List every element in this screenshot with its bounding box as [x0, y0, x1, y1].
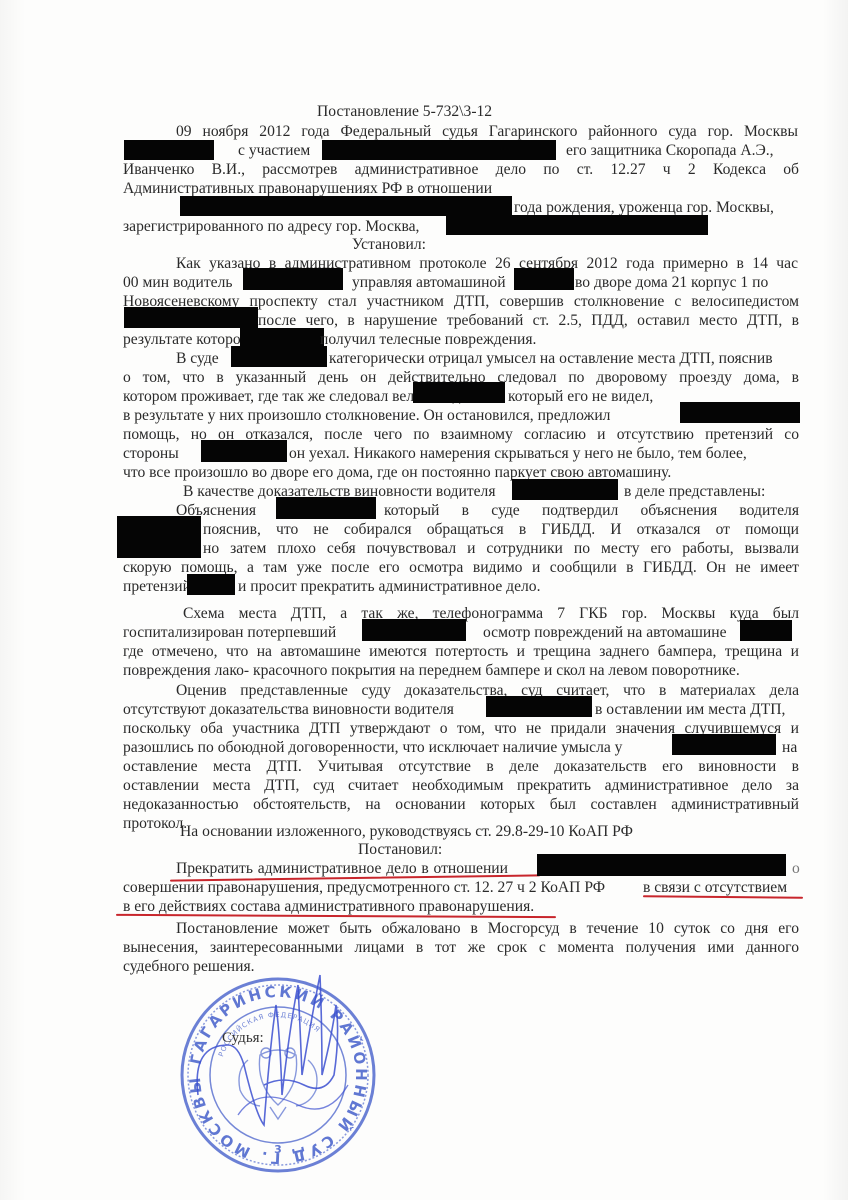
intro-line: зарегистрированного по адресу гор. Москв… — [123, 218, 419, 236]
paragraph-line: оставление места ДТП. Учитывая отсутстви… — [123, 758, 799, 776]
paragraph-line: категорически отрицал умысел на оставлен… — [329, 350, 773, 368]
paragraph-line: стороны — [123, 445, 179, 463]
ruling-line: совершении правонарушения, предусмотренн… — [123, 879, 605, 897]
paragraph-line: где отмечено, что на автомашине имеются … — [123, 643, 799, 661]
paragraph-line: получил телесные повреждения. — [320, 331, 536, 349]
ruling-line-underlined: в связи с отсутствием — [643, 879, 787, 897]
paragraph-line: который в суде подтвердил объяснения вод… — [384, 502, 799, 520]
paragraph-line: который его не видел, — [508, 388, 653, 406]
paragraph-line: и просит прекратить административное дел… — [238, 578, 541, 596]
paragraph-line: отсутствуют доказательства виновности во… — [123, 701, 454, 719]
redaction-box — [124, 307, 258, 328]
paragraph-line: вынесения, заинтересованными лицами в то… — [123, 939, 799, 957]
paragraph-line: Постановление может быть обжаловано в Мо… — [176, 920, 799, 938]
red-underline — [643, 895, 803, 898]
heading-established: Установил: — [352, 236, 426, 254]
paragraph-line: после чего, в нарушение требований ст. 2… — [258, 312, 799, 330]
paragraph-line: управляя автомашиной — [352, 274, 506, 292]
redaction-box — [486, 696, 592, 717]
redaction-box — [243, 268, 343, 290]
redaction-box — [180, 196, 512, 216]
redaction-box — [446, 215, 708, 235]
paragraph-line: в результате у них произошло столкновени… — [123, 407, 610, 425]
redaction-box — [201, 440, 287, 462]
redaction-box — [680, 402, 800, 423]
intro-line: с участием — [238, 142, 310, 160]
paragraph-line: во дворе дома 21 корпус 1 по — [575, 274, 768, 292]
paragraph-line: протокол. — [123, 815, 187, 833]
redaction-box — [117, 516, 201, 558]
paragraph-line: 00 мин водитель — [123, 274, 232, 292]
intro-line: его защитника Скоропада А.Э., — [566, 142, 774, 160]
paragraph-line: оставлении места ДТП, суд считает необхо… — [123, 777, 799, 795]
redaction-box — [276, 497, 376, 519]
paragraph-line: осмотр повреждений на автомашине — [483, 624, 727, 642]
redaction-box — [187, 574, 235, 595]
redaction-box — [231, 346, 327, 367]
paragraph-line: повреждения лако- красочного покрытия на… — [123, 662, 740, 680]
document-title: Постановление 5-732\3-12 — [317, 103, 492, 121]
intro-line: Иванченко В.И., рассмотрев административ… — [123, 161, 799, 179]
redaction-box — [322, 140, 556, 160]
heading-ruled: Постановил: — [358, 841, 442, 859]
ruling-line: о — [792, 860, 800, 878]
paragraph-line: разошлись по обоюдной договоренности, чт… — [123, 739, 622, 757]
paragraph-line: пояснив, что не собирался обращаться в Г… — [203, 521, 799, 539]
paragraph-line: на — [782, 739, 797, 757]
paragraph-line: госпитализирован потерпевший — [123, 624, 336, 642]
redaction-box — [514, 268, 574, 290]
paragraph-line: в деле представлены: — [624, 483, 765, 501]
paragraph-line: Схема места ДТП, а так же, телефонограмм… — [183, 605, 799, 623]
redaction-box — [672, 734, 776, 755]
redaction-box — [512, 479, 618, 500]
judge-signature-icon — [178, 965, 398, 1165]
paragraph-line: в оставлении им места ДТП, — [595, 701, 785, 719]
redaction-box — [124, 140, 214, 160]
paragraph-line: В суде — [176, 350, 219, 368]
redaction-box — [740, 620, 792, 641]
redaction-box — [362, 619, 466, 641]
intro-line: 09 ноября 2012 года Федеральный судья Га… — [176, 123, 798, 141]
court-ruling-page: Постановление 5-732\3-12 09 ноября 2012 … — [0, 0, 848, 1200]
redaction-box — [537, 854, 786, 876]
paragraph-line: но затем плохо себя почувствовал и сотру… — [203, 540, 799, 558]
redaction-box — [413, 382, 505, 403]
paragraph-line: недоказанностью обстоятельств, на основа… — [123, 796, 799, 814]
paragraph-line: На основании изложенного, руководствуясь… — [180, 823, 633, 841]
paragraph-line: он уехал. Никакого намерения скрываться … — [289, 445, 747, 463]
